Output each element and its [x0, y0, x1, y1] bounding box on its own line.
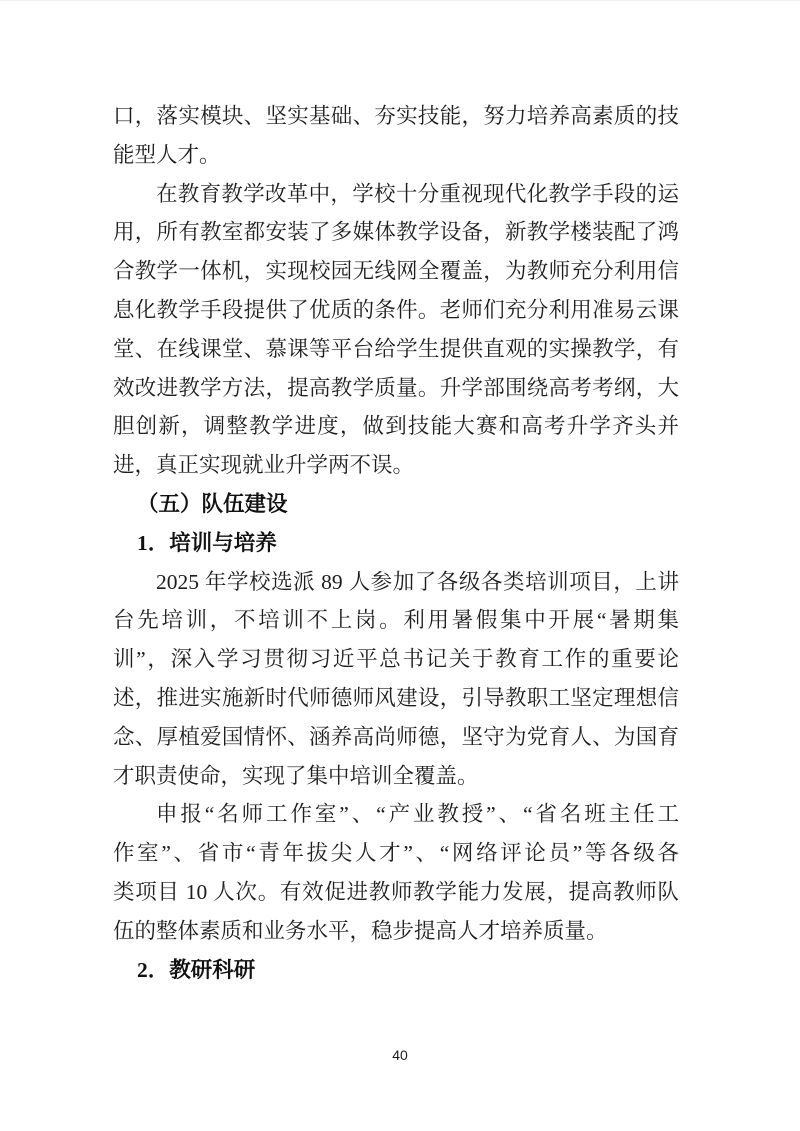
text-line: 用，所有教室都安装了多媒体教学设备，新教学楼装配了鸿 — [113, 213, 679, 252]
text-line: 台先培训，不培训不上岗。利用暑假集中开展“暑期集 — [113, 601, 679, 640]
text-line: 堂、在线课堂、慕课等平台给学生提供直观的实操教学，有 — [113, 330, 679, 369]
text-line: 2025 年学校选派 89 人参加了各级各类培训项目，上讲 — [113, 563, 679, 602]
section-heading: 2．教研科研 — [113, 951, 679, 990]
text-line: 口，落实模块、坚实基础、夯实技能，努力培养高素质的技 — [113, 97, 679, 136]
text-line: 作室”、省市“青年拔尖人才”、“网络评论员”等各级各 — [113, 834, 679, 873]
page-footer: 40 — [0, 1045, 800, 1065]
section-heading: （五）队伍建设 — [113, 485, 679, 524]
text-line: 胆创新，调整教学进度，做到技能大赛和高考升学齐头并 — [113, 407, 679, 446]
text-line: 能型人才。 — [113, 136, 679, 175]
text-line: 进，真正实现就业升学两不误。 — [113, 446, 679, 485]
text-line: 申报“名师工作室”、“产业教授”、“省名班主任工 — [113, 795, 679, 834]
page-number: 40 — [392, 1047, 408, 1063]
document-body: 口，落实模块、坚实基础、夯实技能，努力培养高素质的技能型人才。在教育教学改革中，… — [113, 97, 679, 989]
text-line: 合教学一体机，实现校园无线网全覆盖，为教师充分利用信 — [113, 252, 679, 291]
text-line: 在教育教学改革中，学校十分重视现代化教学手段的运 — [113, 175, 679, 214]
text-line: 训”，深入学习贯彻习近平总书记关于教育工作的重要论 — [113, 640, 679, 679]
text-line: 伍的整体素质和业务水平，稳步提高人才培养质量。 — [113, 912, 679, 951]
text-line: 才职责使命，实现了集中培训全覆盖。 — [113, 757, 679, 796]
text-line: 述，推进实施新时代师德师风建设，引导教职工坚定理想信 — [113, 679, 679, 718]
text-line: 效改进教学方法，提高教学质量。升学部围绕高考考纲，大 — [113, 369, 679, 408]
section-heading: 1．培训与培养 — [113, 524, 679, 563]
document-page: 口，落实模块、坚实基础、夯实技能，努力培养高素质的技能型人才。在教育教学改革中，… — [0, 0, 800, 1131]
text-line: 类项目 10 人次。有效促进教师教学能力发展，提高教师队 — [113, 873, 679, 912]
text-line: 念、厚植爱国情怀、涵养高尚师德，坚守为党育人、为国育 — [113, 718, 679, 757]
text-line: 息化教学手段提供了优质的条件。老师们充分利用准易云课 — [113, 291, 679, 330]
